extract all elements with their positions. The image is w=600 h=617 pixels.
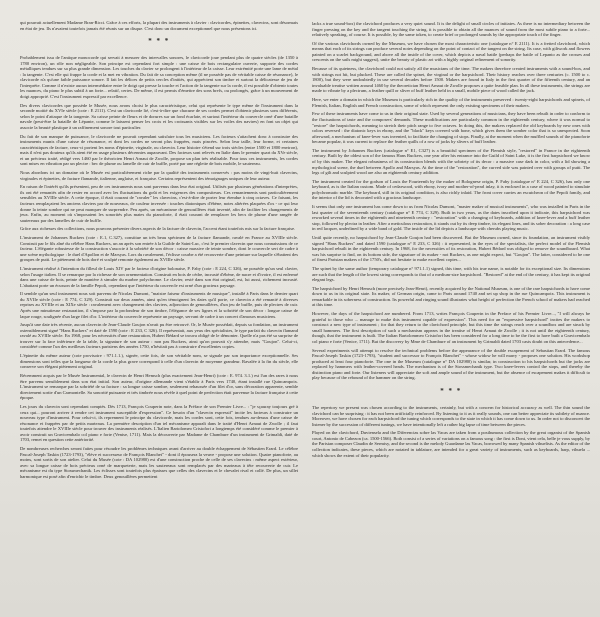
french-text-column: qui pourrait actuellement Madame Bran-Ri… [20, 20, 298, 482]
section-separator: * * * [20, 38, 298, 44]
paragraph: The spinet by the same author (temporary… [312, 266, 590, 283]
paragraph: Few of these instruments have come to us… [312, 111, 590, 144]
english-paragraphs: lacks a true sound-box) the clavichord p… [312, 21, 590, 381]
paragraph: L'épinette du même auteur (cote provisoi… [20, 353, 298, 370]
french-paragraphs: Probablement issu de l'antique monocorde… [20, 55, 298, 479]
paragraph: Les jours du clavecin sont cependant com… [20, 404, 298, 443]
paragraph: Il semble qu'un seul instrument nous soi… [20, 291, 298, 319]
paragraph: En raison de l'intérêt qu'ils présentent… [20, 184, 298, 223]
paragraph: Probablement issu de l'antique monocorde… [20, 55, 298, 99]
paragraph: L'instrument de Johannes Ruckers (cote :… [20, 235, 298, 263]
paragraph: The repertory we present was chosen acco… [312, 405, 590, 427]
paragraph: Because of its quietness, the clavichord… [312, 66, 590, 94]
paragraph: Nous abordons ici un domaine où le Musée… [20, 170, 298, 181]
paragraph: lacks a true sound-box) the clavichord p… [312, 21, 590, 38]
paragraph: The instrument created for the godson of… [312, 179, 590, 201]
paragraph: Several experiments will attempt to reso… [312, 348, 590, 381]
section-separator: * * * [312, 388, 590, 394]
paragraph: Récemment acquis par le Musée Instrument… [20, 373, 298, 401]
english-closing-paragraphs: The repertory we present was chosen acco… [312, 405, 590, 458]
paragraph: L'instrument réalisé à l'intention du fi… [20, 266, 298, 288]
paragraph: The harpsichord by Henri Hemsch (more pr… [312, 286, 590, 308]
liner-notes-page: qui pourrait actuellement Madame Bran-Ri… [0, 0, 600, 617]
paragraph: Here, we enter a domain in which the Mus… [312, 97, 590, 108]
paragraph: The instrument by Johannes Ruckers (cata… [312, 148, 590, 176]
paragraph: Of the various clavichords owned by the … [312, 41, 590, 63]
paragraph: De nombreuses recherches seront faites p… [20, 446, 298, 479]
english-text-column: lacks a true sound-box) the clavichord p… [312, 21, 590, 461]
paragraph: Until quite recently, no harpsichord by … [312, 235, 590, 263]
paragraph: Jusqu'à une date très récente, aucun cla… [20, 322, 298, 350]
paragraph: It seems that only one instrument has co… [312, 204, 590, 232]
paragraph: However, the days of the harpsichord are… [312, 311, 590, 344]
intro-paragraph: qui pourrait actuellement Madame Bran-Ri… [20, 20, 298, 31]
paragraph: Du fait de son manque de puissance, le c… [20, 134, 298, 167]
paragraph: Grâce aux richesses des collections, nou… [20, 226, 298, 232]
paragraph: Des divers clavicordes que possède le Mu… [20, 103, 298, 131]
paragraph: Played on the clavichord, Duviensela and… [312, 430, 590, 458]
